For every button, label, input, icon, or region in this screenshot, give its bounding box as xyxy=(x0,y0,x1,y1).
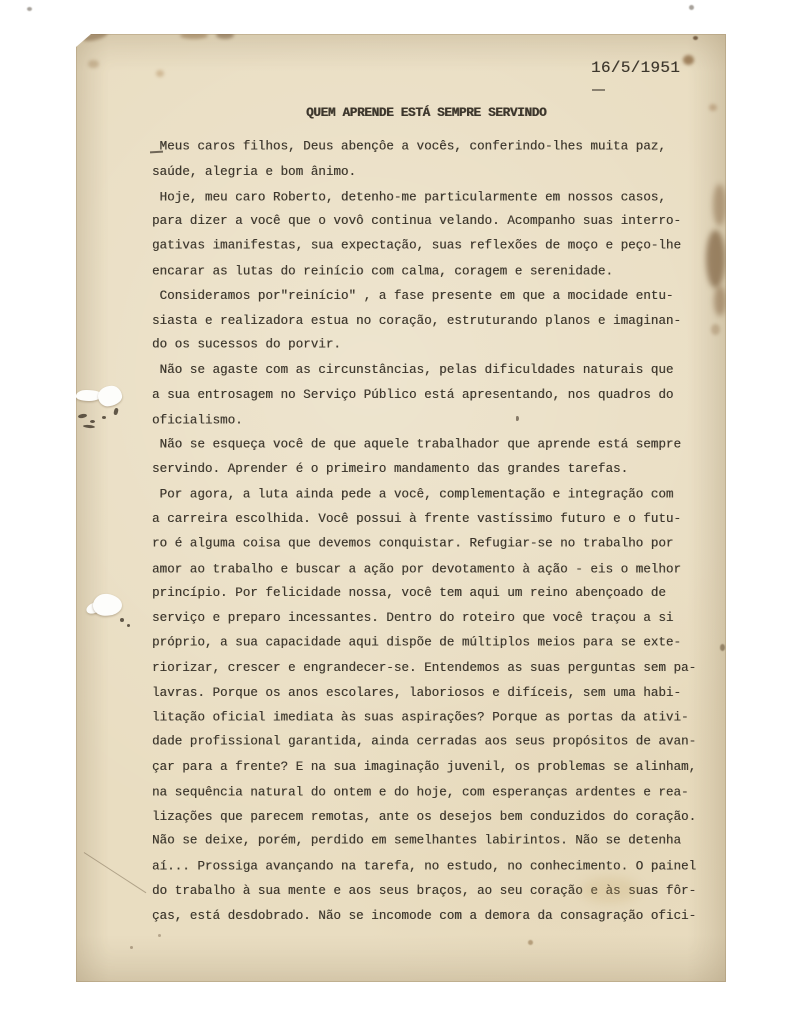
speck-top-right xyxy=(693,36,698,40)
stain-top-edge xyxy=(216,31,234,39)
date: 16/5/1951 xyxy=(591,58,680,78)
text-line: próprio, a sua capacidade aqui dispõe de… xyxy=(152,631,712,656)
scanned-document: 16/5/1951 QUEM APRENDE ESTÁ SEMPRE SERVI… xyxy=(0,0,806,1024)
text-line: na sequência natural do ontem e do hoje,… xyxy=(152,780,712,805)
stain-top-left xyxy=(88,60,99,68)
text-line: siasta e realizadora estua no coração, e… xyxy=(152,309,712,334)
stain-dot xyxy=(156,70,164,77)
text-line: dade profissional garantida, ainda cerra… xyxy=(152,730,712,755)
text-line: ças, está desdobrado. Não se incomode co… xyxy=(152,904,712,929)
speck-bottom xyxy=(528,940,533,945)
text-line: do trabalho à sua mente e aos seus braço… xyxy=(152,879,712,904)
text-line: oficialismo. xyxy=(152,408,712,433)
stain-top-right xyxy=(683,55,694,65)
speck-bottom-left xyxy=(130,946,133,949)
text-line: ro é alguma coisa que devemos conquistar… xyxy=(152,531,712,556)
speck-right-middle xyxy=(720,644,725,651)
speck-bottom-left xyxy=(158,934,161,937)
text-line: a sua entrosagem no Serviço Público está… xyxy=(152,383,712,408)
text-line: a carreira escolhida. Você possui à fren… xyxy=(152,507,712,532)
ink-speck xyxy=(127,624,130,627)
paper-hole xyxy=(97,384,124,407)
document-body: Meus caros filhos, Deus abençôe a vocês,… xyxy=(152,135,712,929)
ink-speck xyxy=(78,413,88,419)
ink-speck xyxy=(120,618,124,622)
text-line: Consideramos por"reinício" , a fase pres… xyxy=(152,284,712,309)
ink-speck xyxy=(102,416,106,419)
text-line: gativas imanifestas, sua expectação, sua… xyxy=(152,234,712,259)
document-page: 16/5/1951 QUEM APRENDE ESTÁ SEMPRE SERVI… xyxy=(76,34,726,982)
paper-crease-scratch xyxy=(84,852,147,893)
text-line: serviço e preparo incessantes. Dentro do… xyxy=(152,606,712,631)
text-line: riorizar, crescer e engrandecer-se. Ente… xyxy=(152,656,712,681)
ink-speck xyxy=(113,408,119,416)
text-line: Não se esqueça você de que aquele trabal… xyxy=(152,432,712,457)
text-line: Não se agaste com as circunstâncias, pel… xyxy=(152,358,712,383)
ink-speck xyxy=(90,420,95,423)
text-line: Por agora, a luta ainda pede a você, com… xyxy=(152,483,712,508)
paper-hole xyxy=(92,593,123,618)
stain-top-right-faint xyxy=(709,104,717,111)
text-line: aí... Prossiga avançando na tarefa, no e… xyxy=(152,855,712,880)
dust-speck xyxy=(27,7,32,11)
text-line: encarar as lutas do reinício com calma, … xyxy=(152,259,712,284)
text-line: servindo. Aprender é o primeiro mandamen… xyxy=(152,457,712,482)
paper-hole xyxy=(76,390,102,401)
text-line: saúde, alegria e bom ânimo. xyxy=(152,160,712,185)
date-underline-mark xyxy=(592,89,605,91)
page-title: QUEM APRENDE ESTÁ SEMPRE SERVINDO xyxy=(306,103,546,123)
stain-right-edge xyxy=(714,286,726,316)
text-line: Não se deixe, porém, perdido em semelhan… xyxy=(152,829,712,854)
ink-speck xyxy=(83,424,95,428)
text-line: lavras. Porque os anos escolares, labori… xyxy=(152,681,712,706)
stain-right-edge xyxy=(713,184,726,226)
dust-speck xyxy=(689,5,694,10)
text-line: Meus caros filhos, Deus abençôe a vocês,… xyxy=(152,135,712,160)
text-line: çar para a frente? E na sua imaginação j… xyxy=(152,755,712,780)
text-line: princípio. Por felicidade nossa, você te… xyxy=(152,581,712,606)
stain-right-edge-faint xyxy=(711,324,720,335)
text-line: litação oficial imediata às suas aspiraç… xyxy=(152,706,712,731)
text-line: para dizer a você que o vovô continua ve… xyxy=(152,209,712,234)
text-line: amor ao trabalho e buscar a ação por dev… xyxy=(152,557,712,582)
stain-top-left-corner xyxy=(81,29,108,43)
paper-hole xyxy=(85,601,103,616)
stain-top-edge xyxy=(180,32,208,39)
text-line: lizações que parecem remotas, ante os de… xyxy=(152,805,712,830)
text-line: do os sucessos do porvir. xyxy=(152,333,712,358)
text-line: Hoje, meu caro Roberto, detenho-me parti… xyxy=(152,185,712,210)
